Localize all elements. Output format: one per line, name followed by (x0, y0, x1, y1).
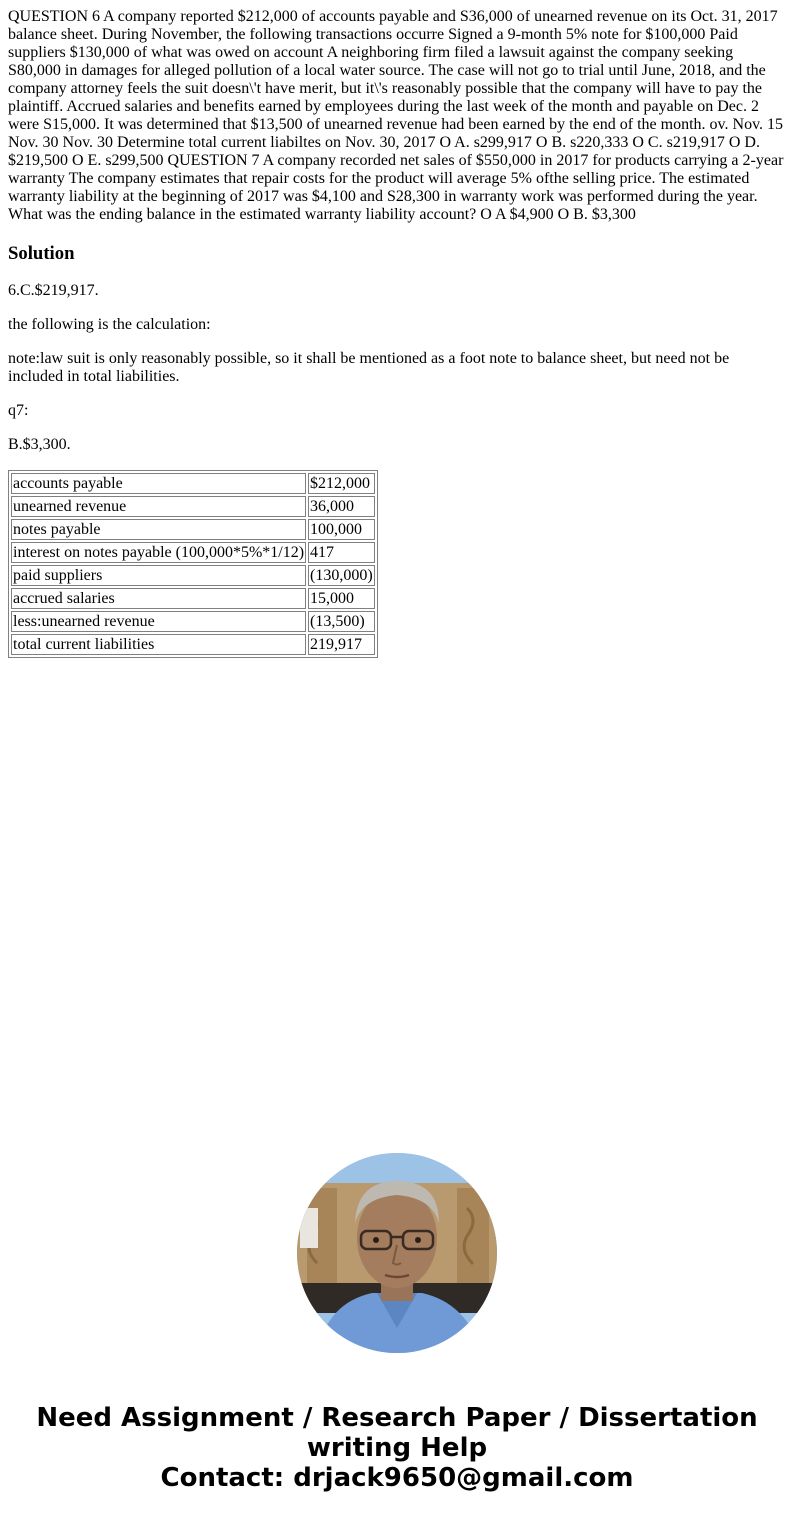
row-value: 100,000 (308, 519, 375, 540)
table-row: less:unearned revenue (13,500) (11, 611, 375, 632)
tutor-avatar (297, 1153, 497, 1353)
row-label: total current liabilities (11, 634, 306, 655)
promo-line-2: writing Help (0, 1433, 794, 1463)
solution-heading: Solution (8, 243, 786, 265)
row-value: (130,000) (308, 565, 375, 586)
row-label: interest on notes payable (100,000*5%*1/… (11, 542, 306, 563)
answer-q7: B.$3,300. (8, 436, 786, 454)
promo-line-1: Need Assignment / Research Paper / Disse… (0, 1403, 794, 1433)
calculation-intro: the following is the calculation: (8, 316, 786, 334)
row-value: 219,917 (308, 634, 375, 655)
question-text: QUESTION 6 A company reported $212,000 o… (8, 8, 786, 224)
table-row: accrued salaries 15,000 (11, 588, 375, 609)
row-label: accounts payable (11, 473, 306, 494)
row-value: 417 (308, 542, 375, 563)
row-label: less:unearned revenue (11, 611, 306, 632)
liabilities-table: accounts payable $212,000 unearned reven… (8, 470, 378, 658)
promo-banner: Need Assignment / Research Paper / Disse… (0, 1403, 794, 1493)
row-value: 36,000 (308, 496, 375, 517)
table-row: notes payable 100,000 (11, 519, 375, 540)
row-label: paid suppliers (11, 565, 306, 586)
row-label: notes payable (11, 519, 306, 540)
answer-q6: 6.C.$219,917. (8, 282, 786, 300)
q7-label: q7: (8, 402, 786, 420)
table-row: unearned revenue 36,000 (11, 496, 375, 517)
row-value: $212,000 (308, 473, 375, 494)
promo-contact: Contact: drjack9650@gmail.com (0, 1463, 794, 1493)
table-row: paid suppliers (130,000) (11, 565, 375, 586)
person-portrait-icon (297, 1153, 497, 1353)
row-value: 15,000 (308, 588, 375, 609)
document-body: QUESTION 6 A company reported $212,000 o… (0, 0, 794, 658)
table-row: accounts payable $212,000 (11, 473, 375, 494)
row-label: accrued salaries (11, 588, 306, 609)
row-label: unearned revenue (11, 496, 306, 517)
table-row: interest on notes payable (100,000*5%*1/… (11, 542, 375, 563)
table-row: total current liabilities 219,917 (11, 634, 375, 655)
row-value: (13,500) (308, 611, 375, 632)
lawsuit-note: note:law suit is only reasonably possibl… (8, 350, 786, 386)
